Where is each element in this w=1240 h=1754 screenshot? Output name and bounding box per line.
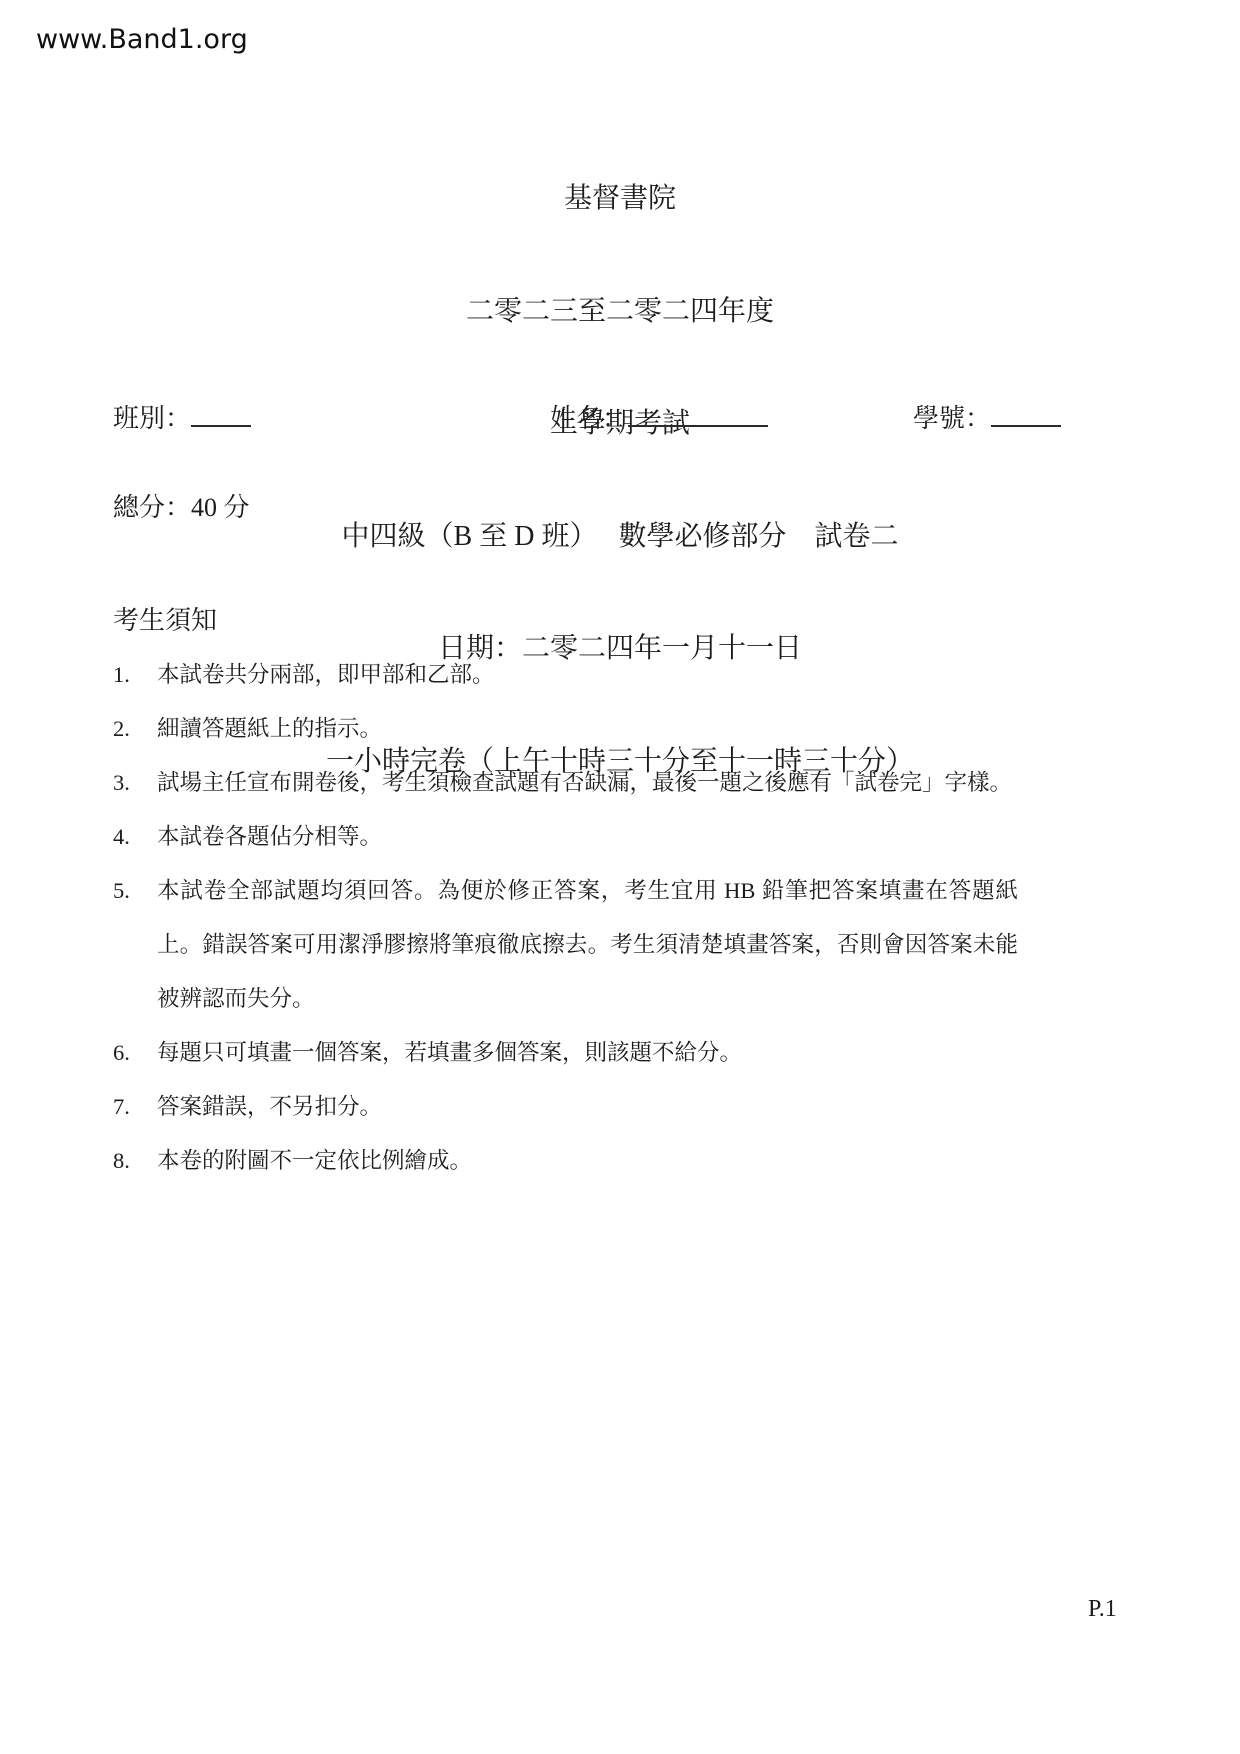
instruction-item: 1. 本試卷共分兩部，即甲部和乙部。 xyxy=(113,648,1018,702)
class-field: 班別： xyxy=(113,398,251,435)
exam-paper-page: www.Band1.org 基督書院 二零二三至二零二四年度 上學期考試 中四級… xyxy=(0,0,1240,1754)
instruction-item: 8. 本卷的附圖不一定依比例繪成。 xyxy=(113,1134,1018,1188)
class-label: 班別： xyxy=(113,404,191,433)
instruction-item: 6. 每題只可填畫一個答案，若填畫多個答案，則該題不給分。 xyxy=(113,1026,1018,1080)
instruction-number: 4. xyxy=(113,810,157,864)
instruction-number: 3. xyxy=(113,756,157,810)
instruction-number: 6. xyxy=(113,1026,157,1080)
name-label: 姓名： xyxy=(550,404,628,433)
site-watermark: www.Band1.org xyxy=(36,24,248,55)
student-no-field: 學號： xyxy=(913,398,1061,435)
page-number: P.1 xyxy=(1088,1596,1117,1623)
instructions-heading: 考生須知 xyxy=(113,600,217,637)
instruction-text: 細讀答題紙上的指示。 xyxy=(157,702,1018,756)
instruction-number: 1. xyxy=(113,648,157,702)
instruction-item: 2. 細讀答題紙上的指示。 xyxy=(113,702,1018,756)
name-field: 姓名： xyxy=(550,398,768,435)
instruction-number: 7. xyxy=(113,1080,157,1134)
school-year: 二零二三至二零二四年度 xyxy=(0,293,1240,331)
name-blank-line xyxy=(628,401,768,427)
total-score-line: 總分：40 分 xyxy=(113,487,250,524)
instruction-text: 試場主任宣布開卷後，考生須檢查試題有否缺漏，最後一題之後應有「試卷完」字樣。 xyxy=(157,756,1018,810)
instruction-text: 本試卷全部試題均須回答。為便於修正答案，考生宜用 HB 鉛筆把答案填畫在答題紙上… xyxy=(157,864,1018,1026)
instruction-item: 5. 本試卷全部試題均須回答。為便於修正答案，考生宜用 HB 鉛筆把答案填畫在答… xyxy=(113,864,1018,1026)
student-no-label: 學號： xyxy=(913,404,991,433)
instructions-list: 1. 本試卷共分兩部，即甲部和乙部。 2. 細讀答題紙上的指示。 3. 試場主任… xyxy=(113,648,1018,1188)
instruction-item: 4. 本試卷各題佔分相等。 xyxy=(113,810,1018,864)
instruction-number: 2. xyxy=(113,702,157,756)
instruction-item: 3. 試場主任宣布開卷後，考生須檢查試題有否缺漏，最後一題之後應有「試卷完」字樣… xyxy=(113,756,1018,810)
instruction-text: 本試卷各題佔分相等。 xyxy=(157,810,1018,864)
instruction-text: 本試卷共分兩部，即甲部和乙部。 xyxy=(157,648,1018,702)
instruction-number: 8. xyxy=(113,1134,157,1188)
student-no-blank-line xyxy=(991,401,1061,427)
school-name: 基督書院 xyxy=(0,180,1240,218)
instruction-text: 答案錯誤，不另扣分。 xyxy=(157,1080,1018,1134)
instruction-text: 每題只可填畫一個答案，若填畫多個答案，則該題不給分。 xyxy=(157,1026,1018,1080)
instruction-item: 7. 答案錯誤，不另扣分。 xyxy=(113,1080,1018,1134)
instruction-number: 5. xyxy=(113,864,157,1026)
class-blank-line xyxy=(191,401,251,427)
instruction-text: 本卷的附圖不一定依比例繪成。 xyxy=(157,1134,1018,1188)
